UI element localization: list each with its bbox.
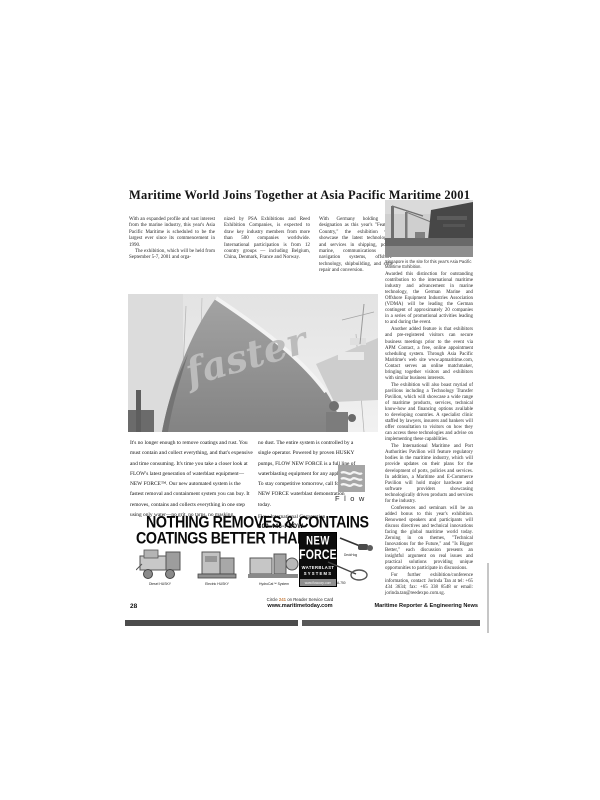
footer-publication: Maritime Reporter & Engineering News xyxy=(348,603,478,609)
paragraph: For further exhibition/conference inform… xyxy=(385,573,473,597)
tool-photo-deckhog xyxy=(338,534,376,554)
ship-bow-illustration: faster xyxy=(128,294,378,432)
a750-illustration xyxy=(326,560,370,582)
reader-service-line: Circle 241 on Reader Service Card xyxy=(190,597,410,602)
waves-icon xyxy=(338,465,365,492)
tool-label: DeckHog xyxy=(344,553,357,557)
product-photo-diesel-husky xyxy=(136,548,184,580)
article-column-1: With an expanded profile and vast intere… xyxy=(129,217,215,262)
reader-service-post: on Reader Service Card xyxy=(287,597,333,602)
paragraph: It's no longer enough to remove coatings… xyxy=(130,438,254,520)
deckhog-illustration xyxy=(338,534,376,554)
paragraph: nized by PSA Exhibitions and Reed Exhibi… xyxy=(224,217,310,262)
paragraph: The International Maritime and Port Auth… xyxy=(385,444,473,504)
paragraph: The exhibition, which will be held from … xyxy=(129,249,215,262)
flow-wordmark: Flow xyxy=(335,494,369,503)
product-photo-electric-husky xyxy=(196,550,238,580)
article-column-2: nized by PSA Exhibitions and Reed Exhibi… xyxy=(224,217,310,262)
paragraph: Conferences and seminars will be an adde… xyxy=(385,506,473,573)
hydrocat-illustration xyxy=(248,552,300,580)
product-label: Electric HUSKY xyxy=(194,582,240,586)
flow-logo-icon xyxy=(338,465,365,492)
dock-scene-illustration xyxy=(385,200,473,257)
paragraph: With an expanded profile and vast intere… xyxy=(129,217,215,249)
ad-headline-line2: COATINGS BETTER THAN xyxy=(136,529,307,548)
sidebar-photo-caption: Singapore is the site for this year's As… xyxy=(385,259,473,269)
bottom-bar-left xyxy=(125,620,298,626)
main-photo-ship-bow: faster xyxy=(128,294,378,432)
ad-copy-left: It's no longer enough to remove coatings… xyxy=(130,438,254,520)
paragraph: Another added feature is that exhibitors… xyxy=(385,327,473,381)
tool-photo-a750 xyxy=(326,560,370,582)
paragraph: Awarded this distinction for outstanding… xyxy=(385,272,473,326)
sidebar-article-text: Awarded this distinction for outstanding… xyxy=(385,272,473,598)
product-photo-hydrocat xyxy=(248,552,300,580)
product-label: Diesel HUSKY xyxy=(134,582,186,586)
bottom-bar-right xyxy=(302,620,480,626)
tool-label: A-750 xyxy=(337,581,346,585)
paragraph: With Germany holding the designation as … xyxy=(319,217,392,275)
electric-husky-illustration xyxy=(196,550,238,580)
product-label: HydroCat™ System xyxy=(246,582,302,586)
article-column-3: With Germany holding the designation as … xyxy=(319,217,392,275)
page-edge-line xyxy=(487,563,489,633)
paragraph: The exhibition will also boast myriad of… xyxy=(385,383,473,443)
sidebar-photo-singapore xyxy=(385,200,473,257)
reader-service-number: 241 xyxy=(279,597,286,602)
page-number: 28 xyxy=(130,603,137,610)
diesel-husky-illustration xyxy=(136,548,184,580)
magazine-page: Maritime World Joins Together at Asia Pa… xyxy=(0,0,600,800)
reader-service-pre: Circle xyxy=(267,597,278,602)
